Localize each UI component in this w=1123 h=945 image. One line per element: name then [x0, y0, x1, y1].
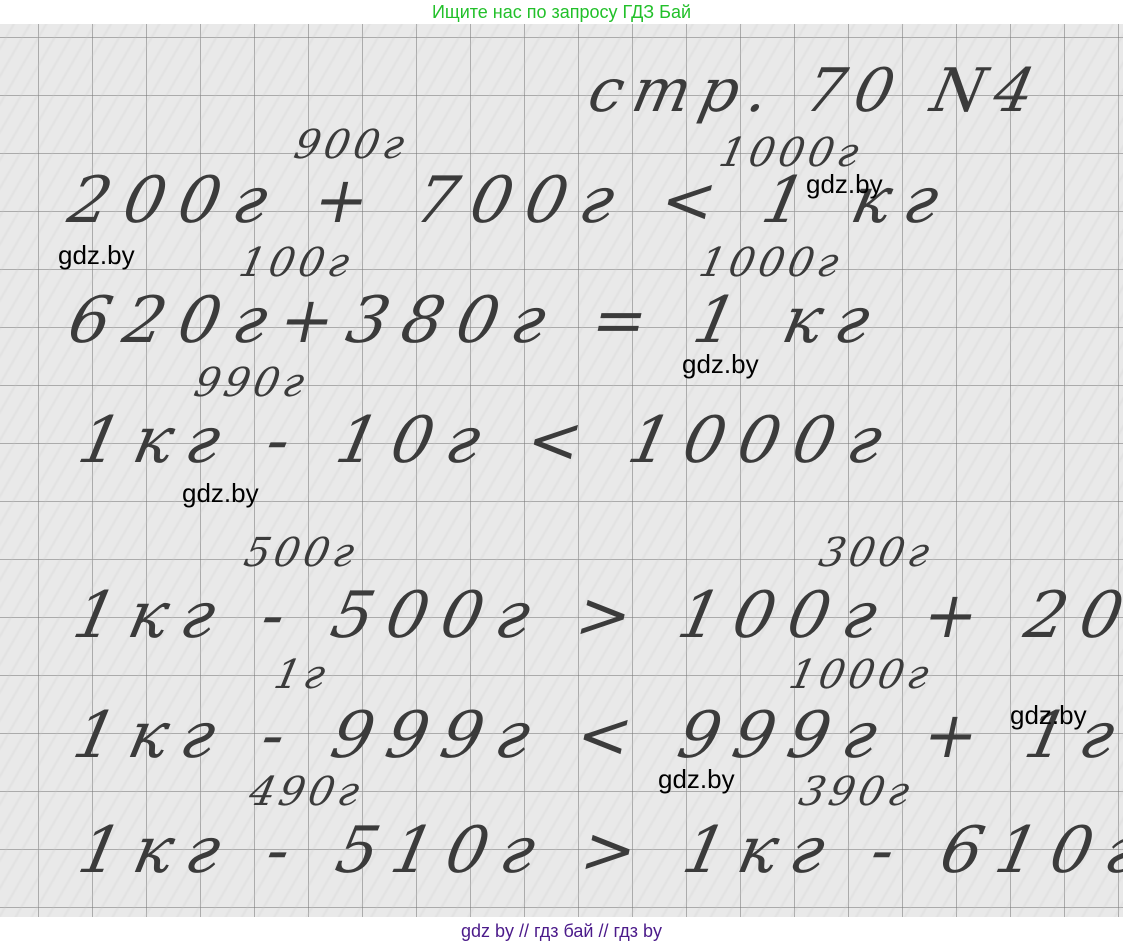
- annotation: 1000г: [785, 652, 937, 698]
- footer-links: gdz by // гдз бай // гдз by: [0, 917, 1123, 945]
- notebook-page: стр. 70 N4 900г 1000г 200г + 700г < 1 кг…: [0, 24, 1123, 917]
- search-hint-banner: Ищите нас по запросу ГДЗ Бай: [0, 0, 1123, 24]
- expression-line: 1кг - 500г > 100г + 200г: [67, 579, 1123, 653]
- expression-line: 1кг - 10г < 1000г: [72, 404, 903, 478]
- annotation: 390г: [795, 769, 917, 815]
- annotation: 900г: [290, 122, 412, 168]
- expression-line: 1кг - 999г < 999г + 1г: [67, 699, 1123, 773]
- watermark: gdz.by: [658, 764, 735, 795]
- annotation: 490г: [245, 769, 367, 815]
- annotation: 1000г: [695, 240, 847, 286]
- watermark: gdz.by: [1010, 700, 1087, 731]
- annotation: 100г: [235, 240, 357, 286]
- annotation: 500г: [240, 530, 362, 576]
- watermark: gdz.by: [58, 240, 135, 271]
- expression-line: 1кг - 510г > 1кг - 610г: [72, 814, 1123, 888]
- page-heading: стр. 70 N4: [583, 56, 1051, 126]
- watermark: gdz.by: [806, 169, 883, 200]
- watermark: gdz.by: [682, 349, 759, 380]
- watermark: gdz.by: [182, 478, 259, 509]
- annotation: 300г: [815, 530, 937, 576]
- expression-line: 620г+380г = 1 кг: [62, 284, 890, 358]
- annotation: 1г: [270, 652, 333, 698]
- annotation: 990г: [190, 360, 312, 406]
